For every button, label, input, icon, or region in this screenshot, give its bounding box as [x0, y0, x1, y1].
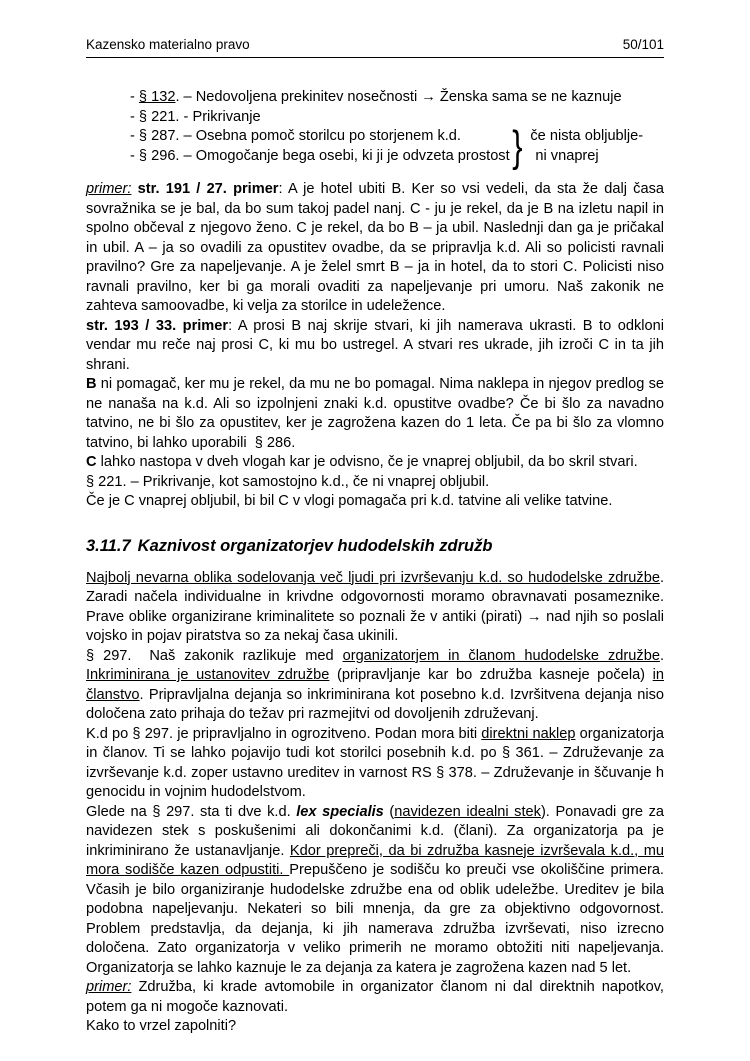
spacer [86, 166, 664, 180]
brace-note-line: ni vnaprej [530, 147, 643, 167]
text-run: lex specialis [296, 804, 384, 820]
text-run: direktni naklep [481, 726, 575, 742]
header-page-number: 50/101 [623, 36, 664, 53]
text-run: : A je hotel ubiti B. Ker so vsi vedeli,… [86, 181, 664, 314]
list-item: - § 296. – Omogočanje bega osebi, ki ji … [86, 147, 510, 167]
section-number: 3.11.7 [86, 536, 131, 556]
brace-glyph: } [512, 127, 522, 166]
paragraph: Glede na § 297. sta ti dve k.d. lex spec… [86, 803, 664, 979]
list-item: - § 132. – Nedovoljena prekinitev nosečn… [86, 88, 664, 108]
text-run: § 297. Naš zakonik razlikuje med [86, 648, 343, 664]
paragraph: K.d po § 297. je pripravljalno in ogrozi… [86, 725, 664, 803]
text-run: Če je C vnaprej obljubil, bi bil C v vlo… [86, 493, 612, 509]
braced-list-group: - § 287. – Osebna pomoč storilcu po stor… [86, 127, 664, 166]
paragraph: Kako to vrzel zapolniti? [86, 1017, 664, 1037]
text-run: K.d po § 297. je pripravljalno in ogrozi… [86, 726, 481, 742]
paragraph: primer: str. 191 / 27. primer: A je hote… [86, 180, 664, 317]
text-run: C [86, 454, 97, 470]
text-run: - § 221. - Prikrivanje [130, 109, 261, 125]
text-run: ni pomagač, ker mu je rekel, da mu ne bo… [86, 376, 664, 451]
text-run: § 221. – Prikrivanje, kot samostojno k.d… [86, 474, 489, 490]
header-title: Kazensko materialno pravo [86, 36, 250, 53]
text-run: Kako to vrzel zapolniti? [86, 1018, 236, 1034]
text-run: navidezen idealni stek [394, 804, 541, 820]
text-run: . – Nedovoljena prekinitev nosečnosti → … [175, 89, 621, 105]
text-run: str. 193 / 33. primer [86, 318, 228, 334]
paragraph: primer: Združba, ki krade avtomobile in … [86, 978, 664, 1017]
section-title: Kaznivost organizatorjev hudodelskih zdr… [138, 537, 493, 555]
paragraph: § 221. – Prikrivanje, kot samostojno k.d… [86, 473, 664, 493]
brace-note: če nista obljublje-ni vnaprej [530, 127, 643, 166]
document-page: Kazensko materialno pravo 50/101 - § 132… [0, 0, 750, 1061]
paragraph: str. 193 / 33. primer: A prosi B naj skr… [86, 317, 664, 376]
spacer [86, 556, 664, 569]
text-run: (pripravljanje kar bo združba kasneje po… [329, 667, 652, 683]
text-run: Glede na § 297. sta ti dve k.d. [86, 804, 296, 820]
list-item: - § 221. - Prikrivanje [86, 108, 664, 128]
paragraph: Če je C vnaprej obljubil, bi bil C v vlo… [86, 492, 664, 512]
text-run: . [660, 648, 664, 664]
document-content: - § 132. – Nedovoljena prekinitev nosečn… [86, 88, 664, 1037]
text-run: Najbolj nevarna oblika sodelovanja več l… [86, 570, 660, 586]
spacer [86, 512, 664, 536]
section-heading: 3.11.7Kaznivost organizatorjev hudodelsk… [86, 536, 664, 556]
paragraph: § 297. Naš zakonik razlikuje med organiz… [86, 647, 664, 725]
text-run: lahko nastopa v dveh vlogah kar je odvis… [97, 454, 638, 470]
text-run: . Pripravljalna dejanja so inkriminirana… [86, 687, 664, 723]
list-item: - § 287. – Osebna pomoč storilcu po stor… [86, 127, 510, 147]
page-header: Kazensko materialno pravo 50/101 [86, 36, 664, 58]
text-run: primer: [86, 979, 131, 995]
text-run: - § 287. – Osebna pomoč storilcu po stor… [130, 128, 461, 144]
paragraph: Najbolj nevarna oblika sodelovanja več l… [86, 569, 664, 647]
text-run: Inkriminirana je ustanovitev združbe [86, 667, 329, 683]
text-run: str. 191 / 27. primer [138, 181, 279, 197]
text-run: B [86, 376, 97, 392]
text-run: Združba, ki krade avtomobile in organiza… [86, 979, 664, 1015]
text-run: primer: [86, 181, 131, 197]
paragraph: C lahko nastopa v dveh vlogah kar je odv… [86, 453, 664, 473]
brace-note-line: če nista obljublje- [530, 127, 643, 147]
text-run: - [130, 89, 139, 105]
text-run: - § 296. – Omogočanje bega osebi, ki ji … [130, 148, 510, 164]
braced-list-items: - § 287. – Osebna pomoč storilcu po stor… [86, 127, 510, 166]
text-run: § 132 [139, 89, 176, 105]
text-run: ( [384, 804, 394, 820]
text-run: Prepuščeno je sodišču ko preuči vse okol… [86, 862, 664, 976]
paragraph: B ni pomagač, ker mu je rekel, da mu ne … [86, 375, 664, 453]
text-run: organizatorjem in članom hudodelske zdru… [343, 648, 660, 664]
